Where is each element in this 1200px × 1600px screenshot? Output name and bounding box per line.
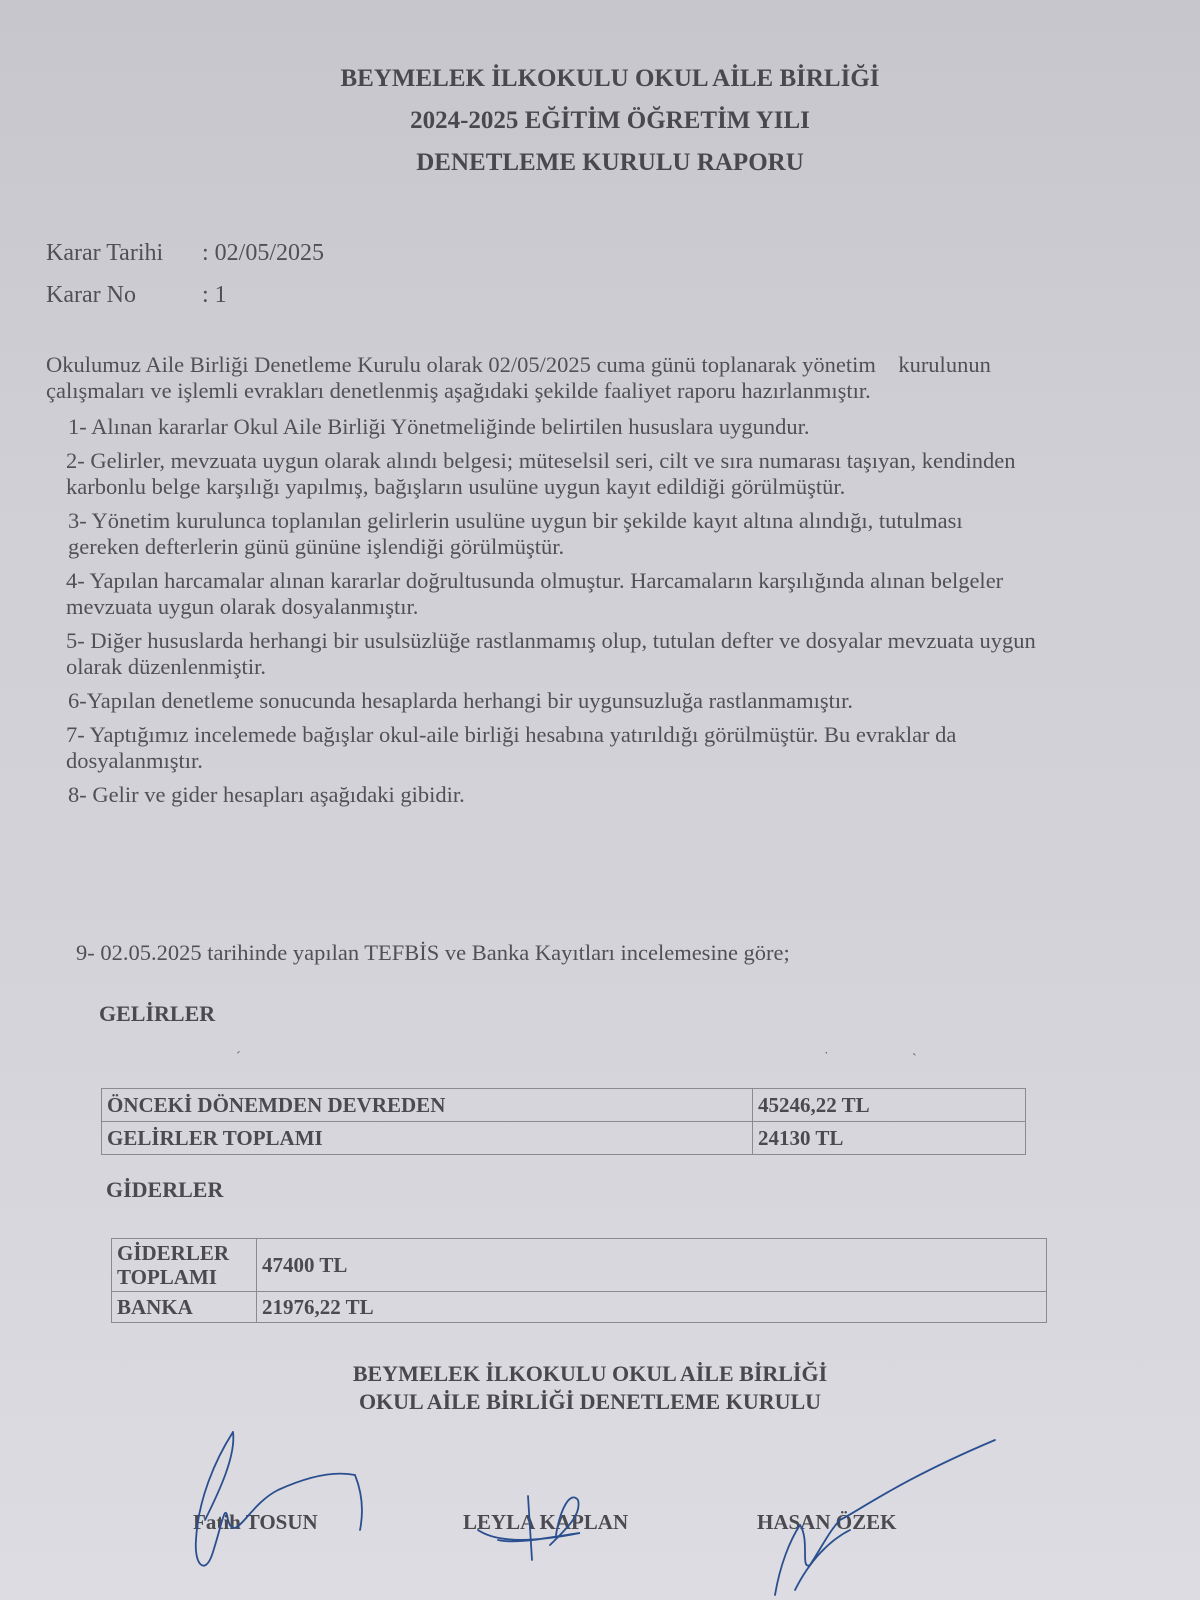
expense-label-line-2: TOPLAMI bbox=[117, 1265, 217, 1289]
finding-line-2: dosyalanmıştır. bbox=[66, 748, 1200, 774]
intro-line-1: Okulumuz Aile Birliği Denetleme Kurulu o… bbox=[46, 352, 991, 377]
income-row-label: ÖNCEKİ DÖNEMDEN DEVREDEN bbox=[102, 1089, 753, 1122]
decision-no-value: : 1 bbox=[202, 274, 227, 316]
signatory-name: HASAN ÖZEK bbox=[757, 1510, 896, 1535]
scan-mark: ˙ bbox=[824, 1050, 829, 1066]
income-row-value: 24130 TL bbox=[753, 1122, 1026, 1155]
title-line-report: DENETLEME KURULU RAPORU bbox=[300, 142, 920, 184]
title-line-school: BEYMELEK İLKOKULU OKUL AİLE BİRLİĞİ bbox=[300, 58, 920, 100]
footer-line-2: OKUL AİLE BİRLİĞİ DENETLEME KURULU bbox=[290, 1388, 890, 1416]
finding-line-1: 6-Yapılan denetleme sonucunda hesaplarda… bbox=[68, 688, 853, 713]
findings-list: 1- Alınan kararlar Okul Aile Birliği Yön… bbox=[46, 414, 1200, 808]
finding-line-2: olarak düzenlenmiştir. bbox=[66, 654, 1200, 680]
finding-line-1: 3- Yönetim kurulunca toplanılan gelirler… bbox=[68, 508, 963, 533]
finding-line-1: 2- Gelirler, mevzuata uygun olarak alınd… bbox=[66, 448, 1015, 473]
decision-no-row: Karar No : 1 bbox=[46, 274, 324, 316]
table-row: ÖNCEKİ DÖNEMDEN DEVREDEN 45246,22 TL bbox=[102, 1089, 1026, 1122]
table-row: GELİRLER TOPLAMI 24130 TL bbox=[102, 1122, 1026, 1155]
finding-item: 1- Alınan kararlar Okul Aile Birliği Yön… bbox=[46, 414, 1200, 440]
signatory-name: LEYLA KAPLAN bbox=[463, 1510, 628, 1535]
finding-line-2: gereken defterlerin günü gününe işlendiğ… bbox=[68, 534, 1200, 560]
finding-item: 2- Gelirler, mevzuata uygun olarak alınd… bbox=[46, 448, 1200, 500]
finding-item: 6-Yapılan denetleme sonucunda hesaplarda… bbox=[46, 688, 1200, 714]
finding-line-1: 5- Diğer hususlarda herhangi bir usulsüz… bbox=[66, 628, 1036, 653]
footer-line-1: BEYMELEK İLKOKULU OKUL AİLE BİRLİĞİ bbox=[290, 1360, 890, 1388]
finding-item: 7- Yaptığımız incelemede bağışlar okul-a… bbox=[46, 722, 1200, 774]
finding-line-2: karbonlu belge karşılığı yapılmış, bağış… bbox=[66, 474, 1200, 500]
finding-line-1: 7- Yaptığımız incelemede bağışlar okul-a… bbox=[66, 722, 956, 747]
decision-date-label: Karar Tarihi bbox=[46, 232, 202, 274]
title-line-year: 2024-2025 EĞİTİM ÖĞRETİM YILI bbox=[300, 100, 920, 142]
table-row: GİDERLER TOPLAMI 47400 TL bbox=[112, 1239, 1047, 1292]
table-row: BANKA 21976,22 TL bbox=[112, 1292, 1047, 1323]
finding-line-1: 4- Yapılan harcamalar alınan kararlar do… bbox=[66, 568, 1003, 593]
income-table: ÖNCEKİ DÖNEMDEN DEVREDEN 45246,22 TL GEL… bbox=[101, 1088, 1026, 1155]
report-body: Okulumuz Aile Birliği Denetleme Kurulu o… bbox=[46, 352, 1200, 816]
scanned-document: BEYMELEK İLKOKULU OKUL AİLE BİRLİĞİ 2024… bbox=[0, 0, 1200, 1600]
decision-meta: Karar Tarihi : 02/05/2025 Karar No : 1 bbox=[46, 232, 324, 316]
expense-row-value: 47400 TL bbox=[257, 1239, 1047, 1292]
signature-1 bbox=[196, 1432, 362, 1566]
finding-9: 9- 02.05.2025 tarihinde yapılan TEFBİS v… bbox=[76, 940, 790, 966]
finding-line-1: 1- Alınan kararlar Okul Aile Birliği Yön… bbox=[68, 414, 810, 439]
finding-item: 3- Yönetim kurulunca toplanılan gelirler… bbox=[46, 508, 1200, 560]
signatory-name: Fatih TOSUN bbox=[193, 1510, 318, 1535]
decision-date-row: Karar Tarihi : 02/05/2025 bbox=[46, 232, 324, 274]
finding-line-2: mevzuata uygun olarak dosyalanmıştır. bbox=[66, 594, 1200, 620]
income-section-label: GELİRLER bbox=[99, 1001, 215, 1027]
scan-mark: ˊ bbox=[236, 1050, 241, 1066]
finding-item: 8- Gelir ve gider hesapları aşağıdaki gi… bbox=[46, 782, 1200, 808]
intro-paragraph: Okulumuz Aile Birliği Denetleme Kurulu o… bbox=[46, 352, 1200, 404]
income-row-value: 45246,22 TL bbox=[753, 1089, 1026, 1122]
finding-item: 4- Yapılan harcamalar alınan kararlar do… bbox=[46, 568, 1200, 620]
decision-no-label: Karar No bbox=[46, 274, 202, 316]
finding-item: 5- Diğer hususlarda herhangi bir usulsüz… bbox=[46, 628, 1200, 680]
intro-line-2: çalışmaları ve işlemli evrakları denetle… bbox=[46, 378, 871, 403]
finding-line-1: 8- Gelir ve gider hesapları aşağıdaki gi… bbox=[68, 782, 465, 807]
expense-row-label: GİDERLER TOPLAMI bbox=[112, 1239, 257, 1292]
expenses-section-label: GİDERLER bbox=[106, 1177, 223, 1203]
expense-row-value: 21976,22 TL bbox=[257, 1292, 1047, 1323]
expense-label-line-1: GİDERLER bbox=[117, 1241, 229, 1265]
expense-row-label: BANKA bbox=[112, 1292, 257, 1323]
decision-date-value: : 02/05/2025 bbox=[202, 232, 324, 274]
income-row-label: GELİRLER TOPLAMI bbox=[102, 1122, 753, 1155]
committee-footer: BEYMELEK İLKOKULU OKUL AİLE BİRLİĞİ OKUL… bbox=[290, 1360, 890, 1416]
expenses-table: GİDERLER TOPLAMI 47400 TL BANKA 21976,22… bbox=[111, 1238, 1047, 1323]
scan-mark: ˋ bbox=[912, 1052, 917, 1068]
document-title: BEYMELEK İLKOKULU OKUL AİLE BİRLİĞİ 2024… bbox=[300, 58, 920, 184]
